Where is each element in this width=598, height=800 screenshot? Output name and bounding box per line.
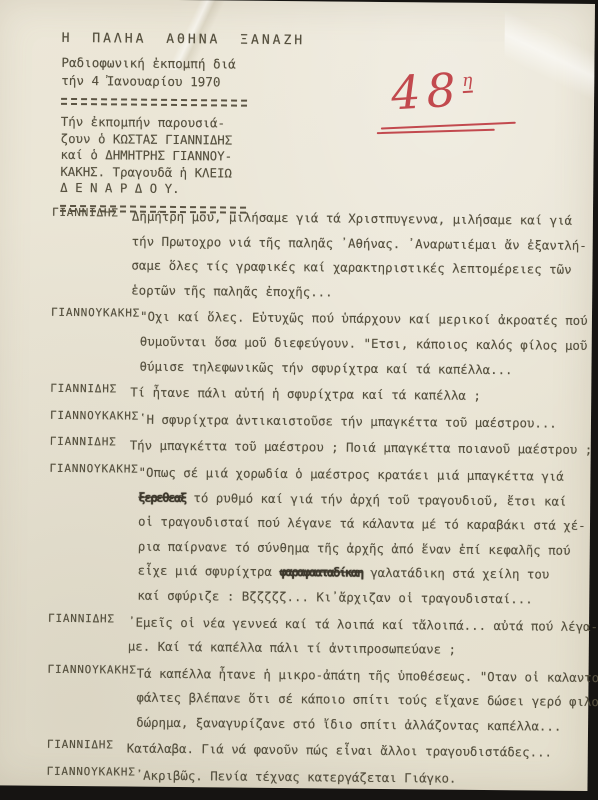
dialogue-row: ΓΙΑΝΝΟΥΚΑΚΗΣ"Οπως σέ μιά χορωδία ὁ μαέστ… xyxy=(48,460,584,613)
dialogue-row: ΓΙΑΝΝΟΥΚΑΚΗΣ"Οχι καί ὅλες. Εὐτυχῶς πού ὑ… xyxy=(50,304,586,383)
speech-line: Τήν μπαγκέττα τοῦ μαέστρου ; Ποιά μπαγκέ… xyxy=(130,434,593,463)
speaker-label: ΓΙΑΝΝΙΔΗΣ xyxy=(50,433,130,458)
speech-line: Τί ἦτανε πάλι αὐτή ἡ σφυρίχτρα καί τά κα… xyxy=(130,381,585,410)
dialogue-row: ΓΙΑΝΝΟΥΚΑΚΗΣ᾽Ακριβῶς. Πενία τέχνας κατερ… xyxy=(46,763,581,793)
speech-line: "Οπως σέ μιά χορωδία ὁ μαέστρος κρατάει … xyxy=(138,461,586,490)
dialogue-row: ΓΙΑΝΝΟΥΚΑΚΗΣΤά καπέλλα ἦτανε ἡ μικρο-ἀπά… xyxy=(47,660,583,739)
speaker-label: ΓΙΑΝΝΟΥΚΑΚΗΣ xyxy=(46,763,135,788)
dialogue-row: ΓΙΑΝΝΙΔΗΣΤί ἦτανε πάλι αὐτή ἡ σφυρίχτρα … xyxy=(50,380,585,410)
dialogue-row: ΓΙΑΝΝΙΔΗΣΤήν μπαγκέττα τοῦ μαέστρου ; Πο… xyxy=(50,433,585,463)
speaker-label: ΓΙΑΝΝΟΥΚΑΚΗΣ xyxy=(50,304,140,379)
speaker-label: ΓΙΑΝΝΟΥΚΑΚΗΣ xyxy=(47,660,137,735)
handwritten-underline xyxy=(381,122,516,130)
speech-lines: ᾽Εμεῖς οἱ νέα γεννεά καί τά λοιπά καί τἄ… xyxy=(128,610,598,664)
speech-lines: Κατάλαβα. Γιά νά φανοῦν πώς εἶναι ἄλλοι … xyxy=(127,737,582,766)
speech-line: Κατάλαβα. Γιά νά φανοῦν πώς εἶναι ἄλλοι … xyxy=(127,737,582,766)
speech-lines: Τήν μπαγκέττα τοῦ μαέστρου ; Ποιά μπαγκέ… xyxy=(130,434,593,463)
speech-line: με. Καί τά καπέλλα πάλι τί ἀντιπροσωπεύα… xyxy=(128,635,598,664)
dialogue-transcript: ΓΙΑΝΝΙΔΗΣΔημήτρη μου, μιλήσαμε γιά τά Χρ… xyxy=(46,204,587,795)
speech-line: ᾽Ακριβῶς. Πενία τέχνας κατεργάζεται Γιάγ… xyxy=(136,764,582,793)
page-title: Η ΠΑΛΗΑ ΑΘΗΝΑ ΞΑΝΑΖΗ xyxy=(62,31,306,48)
speaker-label: ΓΙΑΝΝΙΔΗΣ xyxy=(47,736,127,761)
credits-block: Τήν ἐκπομπήν παρουσιά-ζουν ὁ ΚΩΣΤΑΣ ΓΙΑΝ… xyxy=(60,114,304,199)
dialogue-row: ΓΙΑΝΝΙΔΗΣ᾽Εμεῖς οἱ νέα γεννεά καί τά λοι… xyxy=(48,609,583,663)
document-page: Η ΠΑΛΗΑ ΑΘΗΝΑ ΞΑΝΑΖΗ Ραδιοφωνική ἐκπομπή… xyxy=(0,0,595,791)
speech-lines: ᾽Ακριβῶς. Πενία τέχνας κατεργάζεται Γιάγ… xyxy=(136,764,582,793)
speech-lines: Δημήτρη μου, μιλήσαμε γιά τά Χριστπυγενν… xyxy=(131,205,587,308)
speech-lines: ῾Η σφυρίχτρα ἀντικαιστοῦσε τήν μπαγκέττα… xyxy=(139,407,585,436)
handwritten-underline xyxy=(377,129,495,134)
speech-lines: "Οπως σέ μιά χορωδία ὁ μαέστρος κρατάει … xyxy=(137,461,586,613)
speech-lines: Τά καπέλλα ἦτανε ἡ μικρο-ἀπάτη τῆς ὑποθέ… xyxy=(136,661,598,739)
speech-line: ἑορτῶν τῆς παληᾶς ἐποχῆς... xyxy=(131,278,586,307)
speaker-label: ΓΙΑΝΝΟΥΚΑΚΗΣ xyxy=(50,407,139,432)
speaker-label: ΓΙΑΝΝΟΥΚΑΚΗΣ xyxy=(48,460,138,608)
credits-line: καί ὁ ΔΗΜΗΤΡΗΣ ΓΙΑΝΝΟΥ- xyxy=(60,147,304,166)
dialogue-row: ΓΙΑΝΝΙΔΗΣΔημήτρη μου, μιλήσαμε γιά τά Χρ… xyxy=(51,204,587,308)
speech-line: θύμισε τηλεφωνικῶς τήν σφυρίχτρα καί τά … xyxy=(139,354,587,383)
typed-divider xyxy=(61,98,247,107)
speech-lines: Τί ἦτανε πάλι αὐτή ἡ σφυρίχτρα καί τά κα… xyxy=(130,381,585,410)
speaker-label: ΓΙΑΝΝΙΔΗΣ xyxy=(50,380,130,405)
overstruck-text: ξερεθεαξ xyxy=(138,489,186,504)
credits-line: Δ Ε Ν Α Ρ Δ Ο Υ. xyxy=(60,180,304,199)
speech-lines: "Οχι καί ὅλες. Εὐτυχῶς πού ὑπάρχουν καί … xyxy=(139,305,587,383)
speech-line: δώρημα, ξαναγυρίζανε στό ἴδιο σπίτι ἀλλά… xyxy=(136,711,598,740)
overstruck-text: φαραφααταδίκαη xyxy=(279,564,363,580)
handwritten-episode-number: 48η xyxy=(391,64,542,135)
speaker-label: ΓΙΑΝΝΙΔΗΣ xyxy=(48,609,128,659)
speaker-label: ΓΙΑΝΝΙΔΗΣ xyxy=(51,204,132,303)
speech-line: ῾Η σφυρίχτρα ἀντικαιστοῦσε τήν μπαγκέττα… xyxy=(139,407,585,436)
speech-line: θυμοῦνται ὅσα μοῦ διεφεύγουν. "Ετσι, κάπ… xyxy=(140,330,588,359)
scanner-background: Η ΠΑΛΗΑ ΑΘΗΝΑ ΞΑΝΑΖΗ Ραδιοφωνική ἐκπομπή… xyxy=(0,0,598,800)
handwritten-digits: 48 xyxy=(390,62,464,120)
handwritten-superscript: η xyxy=(461,70,472,93)
speech-line: καί σφύριζε : Βζζζζζ... Κι᾽ἄρχιζαν οἱ τρ… xyxy=(137,584,585,613)
credits-line: Τήν ἐκπομπήν παρουσιά- xyxy=(61,114,305,133)
dialogue-row: ΓΙΑΝΝΟΥΚΑΚΗΣ῾Η σφυρίχτρα ἀντικαιστοῦσε τ… xyxy=(50,407,585,437)
document-header: Η ΠΑΛΗΑ ΑΘΗΝΑ ΞΑΝΑΖΗ Ραδιοφωνική ἐκπομπή… xyxy=(60,31,305,223)
speech-line: Δημήτρη μου, μιλήσαμε γιά τά Χριστπυγενν… xyxy=(132,205,587,234)
broadcast-subtitle-line1: Ραδιοφωνική ἐκπομπή διά xyxy=(61,54,305,74)
broadcast-subtitle-line2: τήν 4 Ἰανουαρίου 1970 xyxy=(61,72,305,92)
dialogue-row: ΓΙΑΝΝΙΔΗΣΚατάλαβα. Γιά νά φανοῦν πώς εἶν… xyxy=(47,736,582,766)
